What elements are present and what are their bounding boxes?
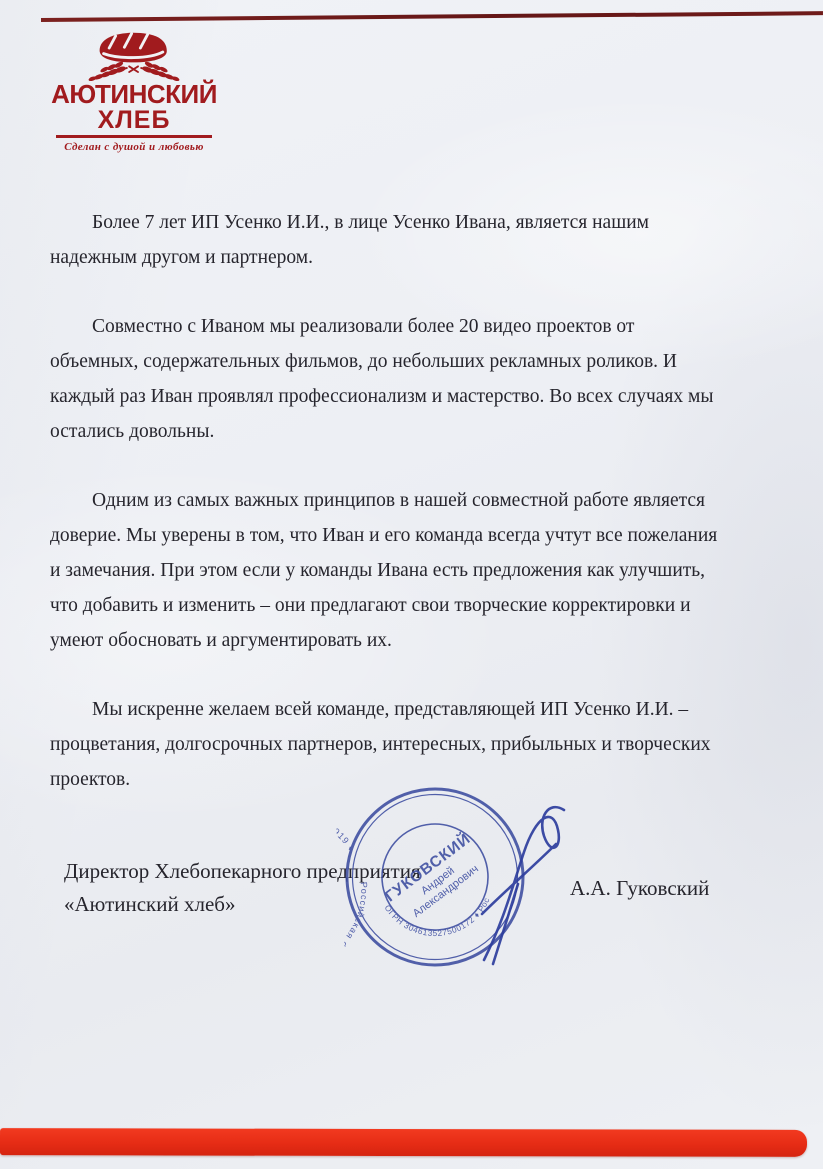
letter-paragraph-2: Совместно с Иваном мы реализовали более … — [50, 309, 776, 449]
brand-name-line1: АЮТИНСКИЙ — [46, 81, 222, 108]
bakery-logo: АЮТИНСКИЙ ХЛЕБ Сделан с душой и любовью — [46, 31, 222, 153]
scanned-letter-page: АЮТИНСКИЙ ХЛЕБ Сделан с душой и любовью … — [0, 0, 823, 1169]
top-rule-line — [41, 11, 823, 22]
logo-divider-line — [56, 135, 212, 138]
brand-name-line2: ХЛЕБ — [46, 108, 222, 132]
letter-body: Более 7 лет ИП Усенко И.И., в лице Усенк… — [50, 205, 776, 831]
brand-tagline: Сделан с душой и любовью — [46, 141, 222, 153]
letter-paragraph-4: Мы искренне желаем всей команде, предста… — [50, 692, 776, 797]
signature-scribble — [452, 792, 587, 977]
signoff-name: А.А. Гуковский — [570, 876, 709, 901]
letter-paragraph-1: Более 7 лет ИП Усенко И.И., в лице Усенк… — [50, 205, 776, 275]
bread-loaf-wheat-icon — [82, 31, 186, 81]
bottom-red-stripe — [0, 1128, 807, 1157]
letter-paragraph-3: Одним из самых важных принципов в нашей … — [50, 483, 776, 658]
